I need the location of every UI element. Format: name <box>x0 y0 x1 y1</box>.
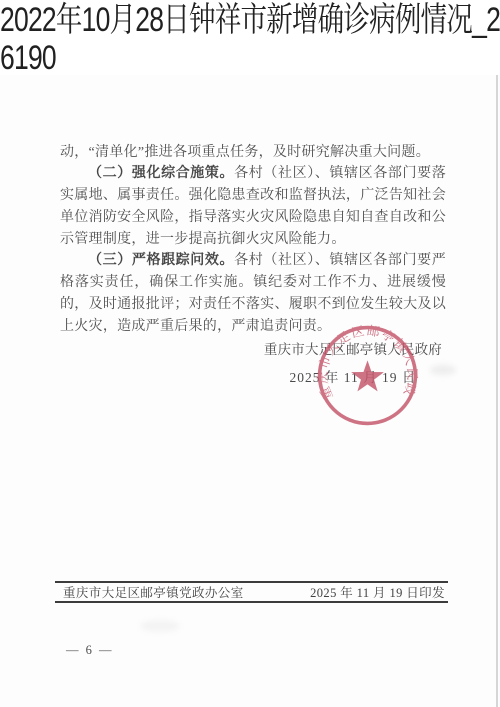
footer-issuer: 重庆市大足区邮亭镇党政办公室 <box>63 583 244 601</box>
paragraph-heading: （三）严格跟踪问效。 <box>88 253 234 268</box>
paragraph-item-3: （三）严格跟踪问效。各村（社区）、镇辖区各部门要严格落实责任，确保工作实施。镇纪… <box>60 250 446 337</box>
footer-row: 重庆市大足区邮亭镇党政办公室 2025 年 11 月 19 日印发 <box>55 583 448 601</box>
scan-smudge <box>140 620 180 632</box>
scan-edge-line <box>496 75 498 707</box>
signature-date: 2025 年 11 月 19 日 <box>264 370 442 386</box>
page-number: — 6 — <box>66 643 114 658</box>
signature-organization: 重庆市大足区邮亭镇人民政府 <box>264 342 442 358</box>
page-title-line-1: 2022年10月28日钟祥市新增确诊病例情况_2 <box>0 1 390 39</box>
document-body: 动，“清单化”推进各项重点任务，及时研究解决重大问题。 （二）强化综合施策。各村… <box>60 142 446 338</box>
page-title: 2022年10月28日钟祥市新增确诊病例情况_2 6190 <box>0 1 500 77</box>
page-title-line-2: 6190 <box>0 39 390 77</box>
scanned-document: 动，“清单化”推进各项重点任务，及时研究解决重大问题。 （二）强化综合施策。各村… <box>0 75 500 707</box>
paragraph-continuation: 动，“清单化”推进各项重点任务，及时研究解决重大问题。 <box>60 142 446 164</box>
footer-rule-bottom <box>55 601 448 603</box>
footer-print-date: 2025 年 11 月 19 日印发 <box>310 583 445 601</box>
paragraph-item-2: （二）强化综合施策。各村（社区）、镇辖区各部门要落实属地、属事责任。强化隐患查改… <box>60 163 446 250</box>
paragraph-text: 动，“清单化”推进各项重点任务，及时研究解决重大问题。 <box>60 145 430 160</box>
signature-block: 重庆市大足区邮亭镇人民政府 2025 年 11 月 19 日 <box>264 342 442 386</box>
page: { "headline": { "line1": "2022年10月28日钟祥市… <box>0 0 500 707</box>
paragraph-heading: （二）强化综合施策。 <box>88 166 234 181</box>
